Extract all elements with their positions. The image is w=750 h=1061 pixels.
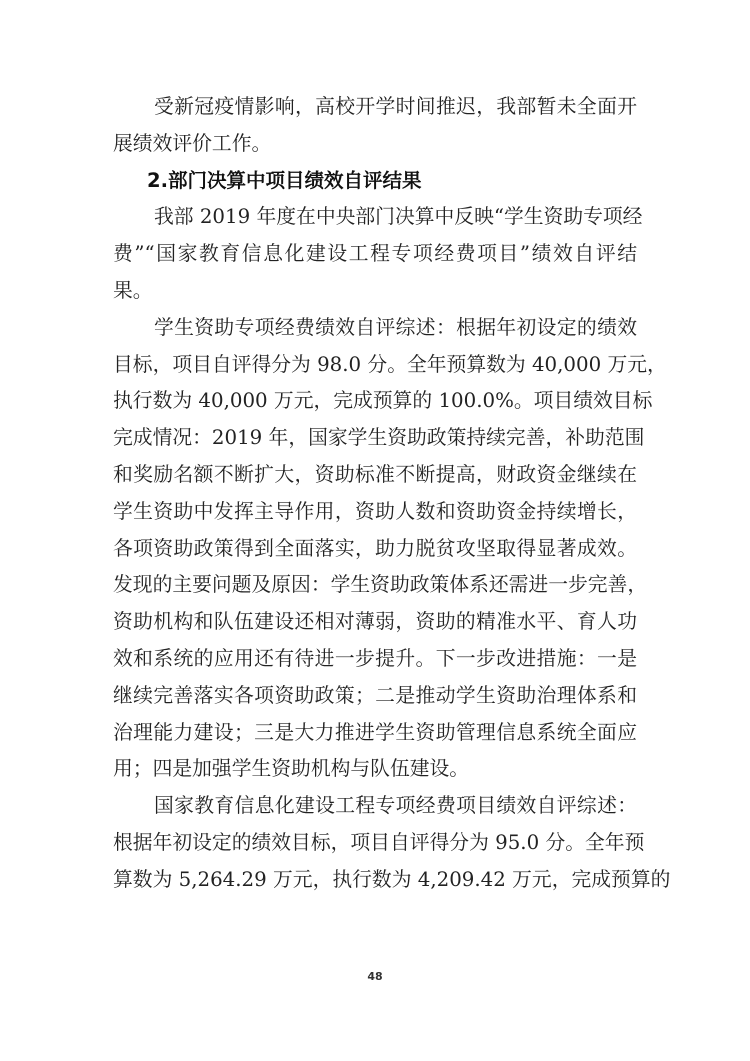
page-number: 48 [0, 970, 750, 983]
text-line: 目标，项目自评得分为 98.0 分。全年预算数为 40,000 万元， [113, 347, 637, 384]
text-line: 资助机构和队伍建设还相对薄弱，资助的精准水平、育人功 [113, 604, 637, 641]
text-line: 各项资助政策得到全面落实，助力脱贫攻坚取得显著成效。 [113, 531, 637, 568]
text-line: 用；四是加强学生资助机构与队伍建设。 [113, 751, 637, 788]
text-line: 根据年初设定的绩效目标，项目自评得分为 95.0 分。全年预 [113, 825, 637, 862]
text-line: 费”“国家教育信息化建设工程专项经费项目”绩效自评结 [113, 236, 637, 273]
section-heading: 2.部门决算中项目绩效自评结果 [113, 163, 637, 200]
text-line: 治理能力建设；三是大力推进学生资助管理信息系统全面应 [113, 715, 637, 752]
text-line: 学生资助中发挥主导作用，资助人数和资助资金持续增长， [113, 494, 637, 531]
text-line: 受新冠疫情影响，高校开学时间推迟，我部暂未全面开 [113, 89, 637, 126]
text-line: 和奖励名额不断扩大，资助标准不断提高，财政资金继续在 [113, 457, 637, 494]
text-line: 完成情况：2019 年，国家学生资助政策持续完善，补助范围 [113, 420, 637, 457]
paragraph-overview: 我部 2019 年度在中央部门决算中反映“学生资助专项经 费”“国家教育信息化建… [113, 199, 637, 309]
paragraph-student-aid-evaluation: 学生资助专项经费绩效自评综述：根据年初设定的绩效 目标，项目自评得分为 98.0… [113, 310, 637, 788]
text-line: 继续完善落实各项资助政策；二是推动学生资助治理体系和 [113, 678, 637, 715]
document-page: 受新冠疫情影响，高校开学时间推迟，我部暂未全面开 展绩效评价工作。 2.部门决算… [113, 89, 637, 899]
text-line: 展绩效评价工作。 [113, 126, 637, 163]
text-line: 果。 [113, 273, 637, 310]
paragraph-epidemic-impact: 受新冠疫情影响，高校开学时间推迟，我部暂未全面开 展绩效评价工作。 [113, 89, 637, 163]
text-line: 国家教育信息化建设工程专项经费项目绩效自评综述： [113, 788, 637, 825]
text-line: 效和系统的应用还有待进一步提升。下一步改进措施：一是 [113, 641, 637, 678]
text-line: 学生资助专项经费绩效自评综述：根据年初设定的绩效 [113, 310, 637, 347]
paragraph-informatization-evaluation: 国家教育信息化建设工程专项经费项目绩效自评综述： 根据年初设定的绩效目标，项目自… [113, 788, 637, 898]
text-line: 发现的主要问题及原因：学生资助政策体系还需进一步完善， [113, 567, 637, 604]
text-line: 我部 2019 年度在中央部门决算中反映“学生资助专项经 [113, 199, 637, 236]
text-line: 算数为 5,264.29 万元，执行数为 4,209.42 万元，完成预算的 [113, 862, 637, 899]
text-line: 执行数为 40,000 万元，完成预算的 100.0%。项目绩效目标 [113, 383, 637, 420]
